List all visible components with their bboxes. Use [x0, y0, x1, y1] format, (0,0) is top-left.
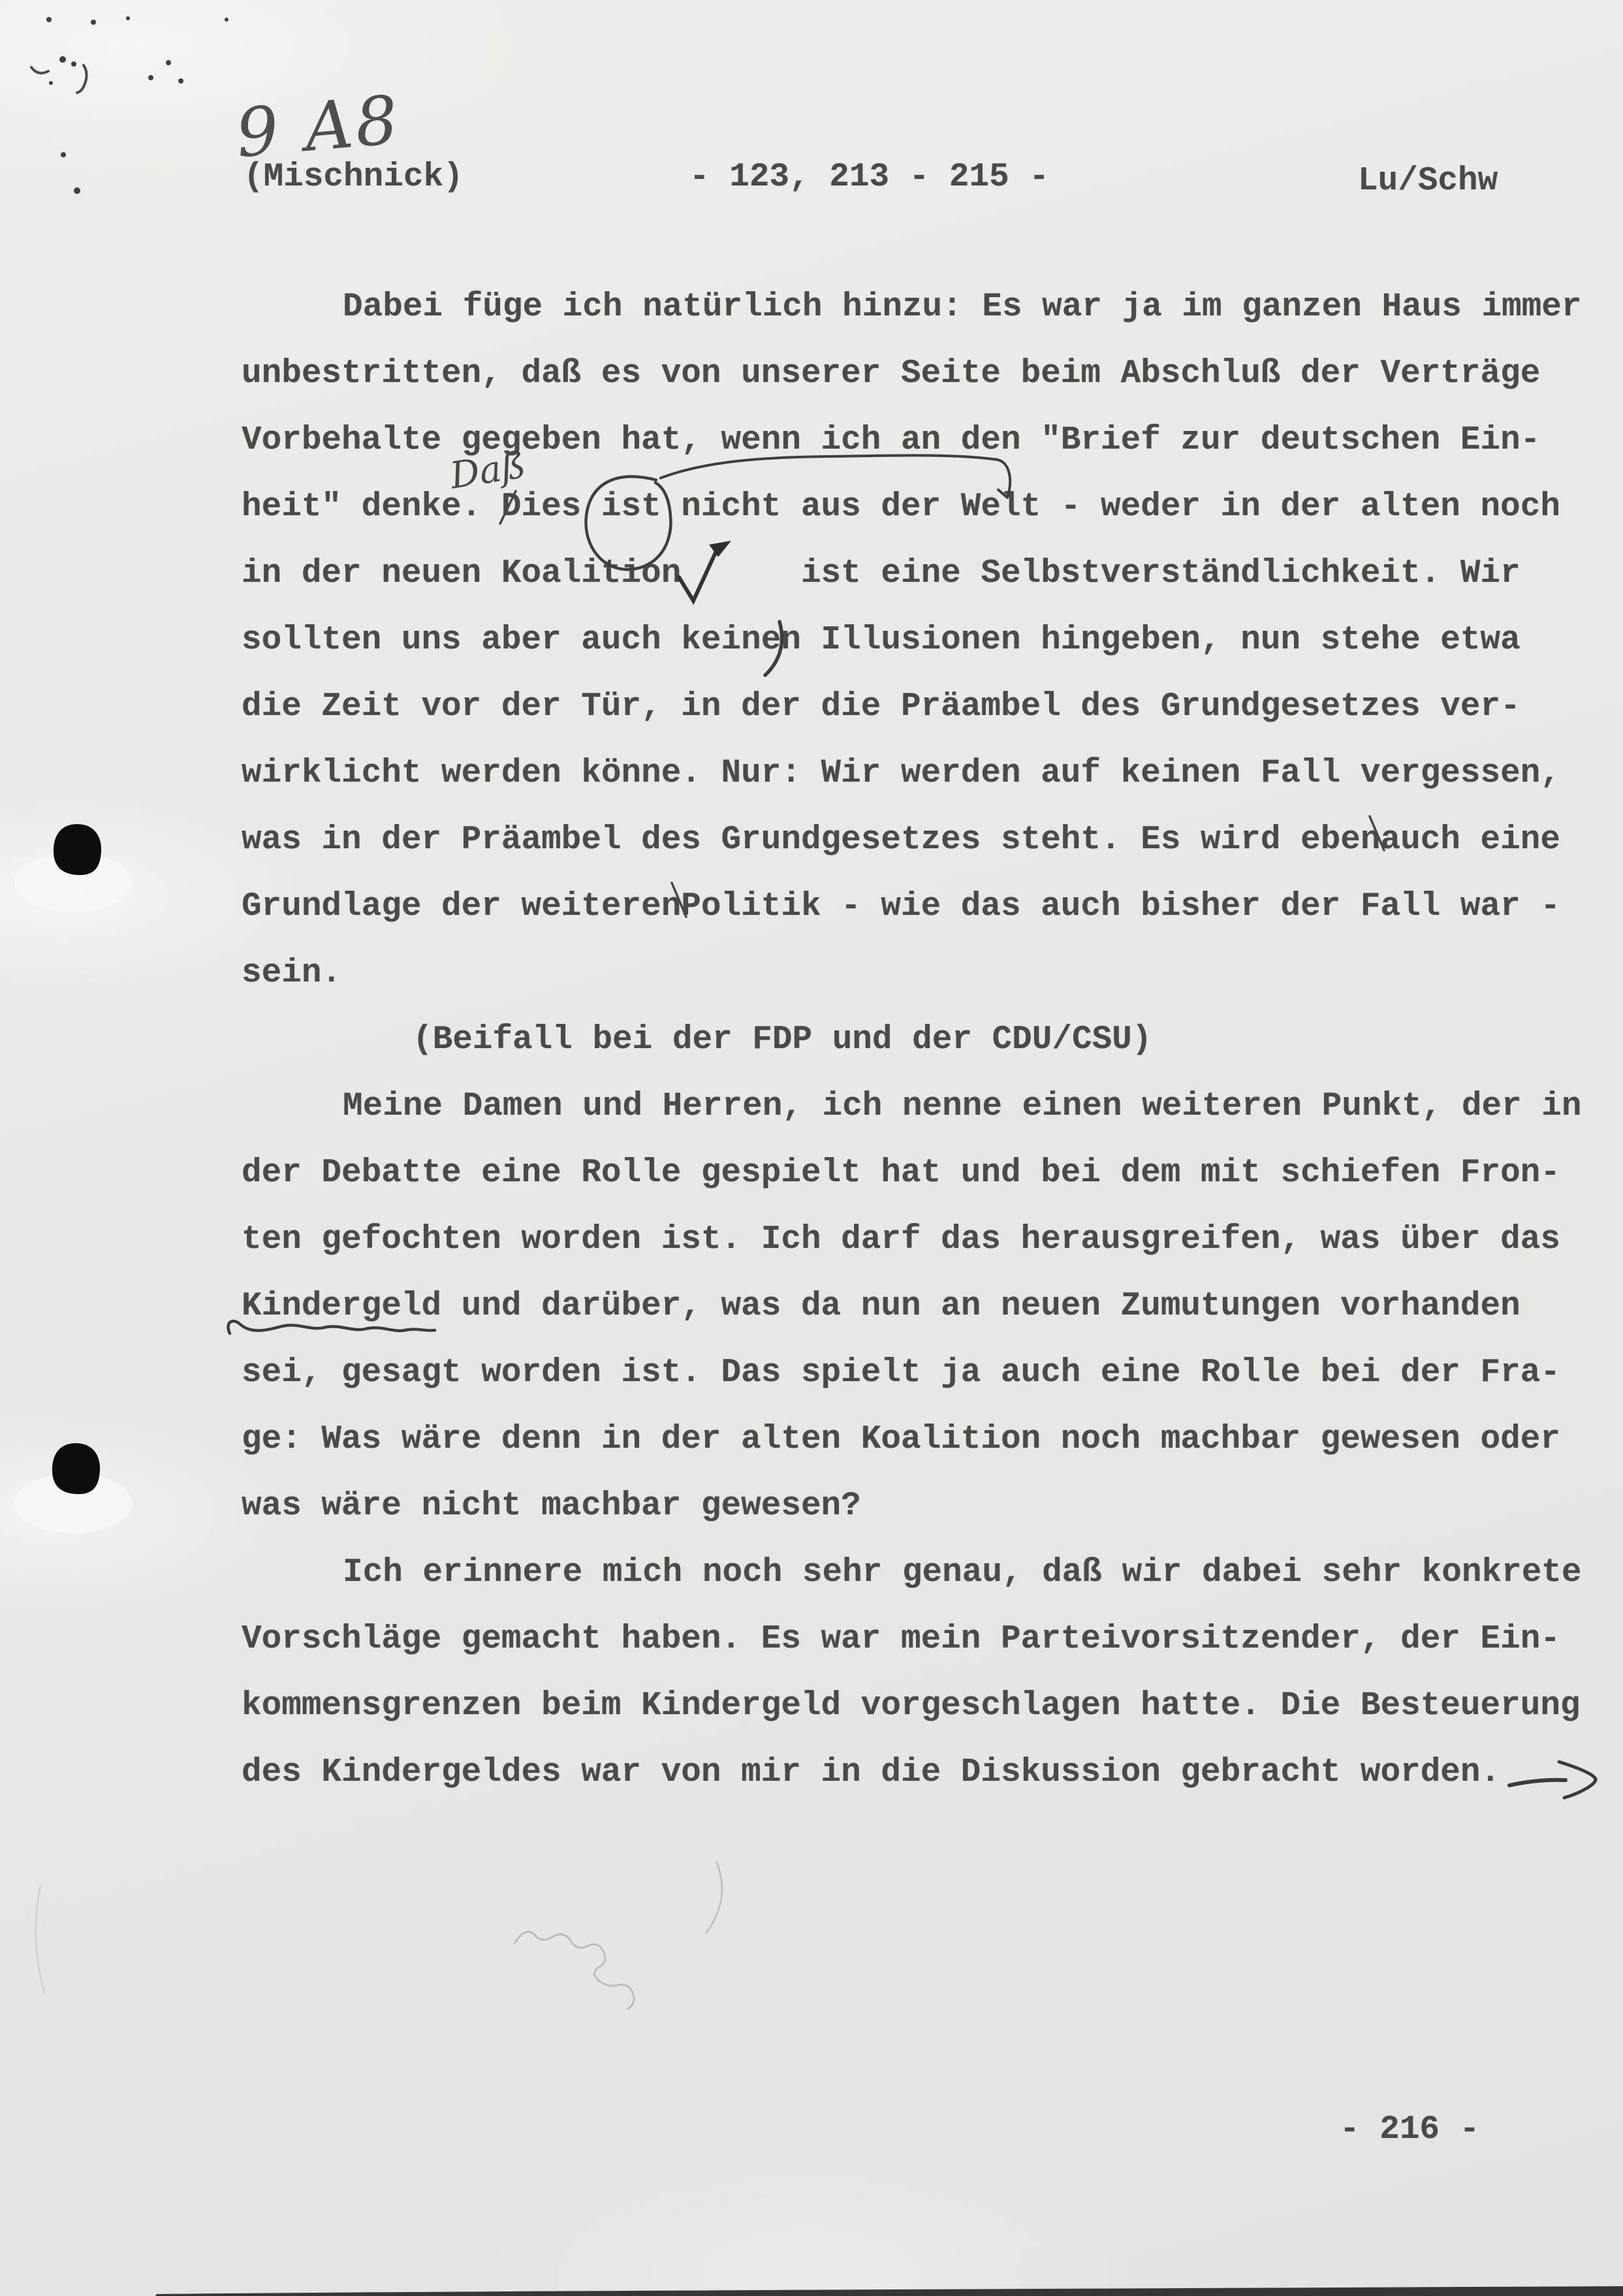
- scanned-document-page: (Mischnick) - 123, 213 - 215 - Lu/Schw D…: [0, 0, 1623, 2296]
- body-line: was in der Präambel des Grundgesetzes st…: [242, 823, 1560, 857]
- hole-punch-bottom: [52, 1443, 100, 1494]
- body-line: was wäre nicht machbar gewesen?: [242, 1490, 861, 1523]
- body-line: ten gefochten worden ist. Ich darf das h…: [242, 1223, 1560, 1256]
- body-line: Ich erinnere mich noch sehr genau, daß w…: [343, 1556, 1582, 1589]
- staple-marks: [46, 16, 228, 194]
- body-line: Meine Damen und Herren, ich nenne einen …: [343, 1090, 1582, 1123]
- pencil-squiggle-2: [706, 1862, 722, 1933]
- ink-curl-mark-2: [77, 65, 87, 93]
- body-line: ge: Was wäre denn in der alten Koalition…: [242, 1423, 1560, 1456]
- body-line: Kindergeld und darüber, was da nun an ne…: [242, 1290, 1521, 1323]
- body-line: unbestritten, daß es von unserer Seite b…: [242, 357, 1540, 391]
- body-line: der Debatte eine Rolle gespielt hat und …: [242, 1156, 1560, 1190]
- annotation-overlay: 9 A8 Daß: [0, 0, 1623, 2296]
- hole-glow-top: [14, 853, 132, 913]
- body-line: Vorschläge gemacht haben. Es war mein Pa…: [242, 1623, 1560, 1656]
- continuation-arrow-annotation: [1509, 1762, 1596, 1798]
- body-line: sein.: [242, 957, 341, 990]
- scan-bottom-edge: [155, 2286, 1623, 2296]
- body-line: des Kindergeldes war von mir in die Disk…: [242, 1756, 1500, 1789]
- body-line: die Zeit vor der Tür, in der die Präambe…: [242, 690, 1521, 724]
- body-line: wirklicht werden könne. Nur: Wir werden …: [242, 757, 1560, 790]
- footer-next-page-number: - 216 -: [1340, 2113, 1479, 2146]
- pencil-squiggle-1: [514, 1932, 634, 2009]
- header-page-numbers: - 123, 213 - 215 -: [689, 161, 1049, 194]
- hole-glow-bottom: [14, 1473, 132, 1533]
- body-line: kommensgrenzen beim Kindergeld vorgeschl…: [242, 1689, 1581, 1723]
- body-line: (Beifall bei der FDP und der CDU/CSU): [413, 1023, 1152, 1057]
- header-speaker: (Mischnick): [244, 161, 464, 194]
- body-line: heit" denke. Dies ist nicht aus der Welt…: [242, 490, 1560, 524]
- header-typist-initials: Lu/Schw: [1358, 165, 1498, 198]
- ink-curl-mark-1: [31, 67, 48, 73]
- body-line: in der neuen Koalition ist eine Selbstve…: [242, 557, 1521, 590]
- pencil-squiggle-3: [36, 1886, 44, 1993]
- body-line: Vorbehalte gegeben hat, wenn ich an den …: [242, 424, 1540, 457]
- hole-punch-top: [54, 824, 101, 875]
- body-line: sei, gesagt worden ist. Das spielt ja au…: [242, 1356, 1560, 1390]
- body-line: Grundlage der weiterenPolitik - wie das …: [242, 890, 1560, 923]
- body-line: Dabei füge ich natürlich hinzu: Es war j…: [343, 291, 1582, 324]
- body-line: sollten uns aber auch keinen Illusionen …: [242, 624, 1521, 657]
